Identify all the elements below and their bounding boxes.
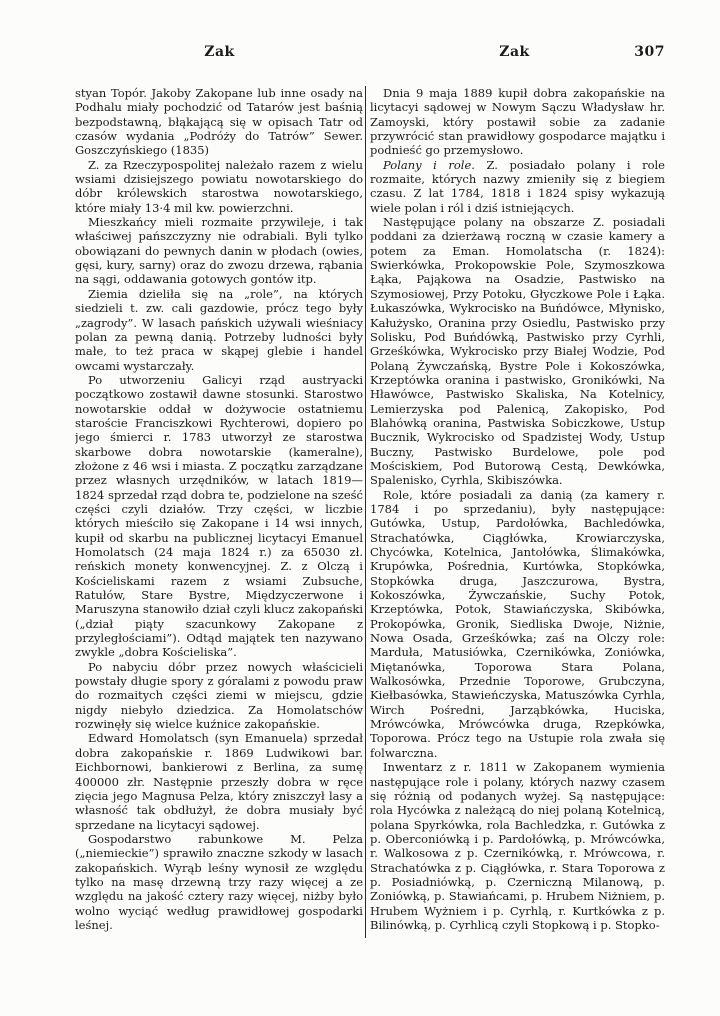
paragraph: Gospodarstwo rabunkowe M. Pelza („niemie… — [75, 832, 363, 932]
paragraph: Role, które posiadali za danią (za kamer… — [370, 488, 665, 761]
left-column: styan Topór. Jakoby Zakopane lub inne os… — [75, 86, 363, 938]
paragraph: Następujące polany na obszarze Z. posiad… — [370, 215, 665, 488]
right-column: Dnia 9 maja 1889 kupił dobra zakopańskie… — [370, 86, 665, 938]
text-columns: styan Topór. Jakoby Zakopane lub inne os… — [75, 86, 665, 938]
column-divider-rule — [365, 86, 366, 938]
paragraph: Po nabyciu dóbr przez nowych właścicieli… — [75, 660, 363, 732]
paragraph: Ziemia dzieliła się na „role”, na któryc… — [75, 287, 363, 373]
paragraph: styan Topór. Jakoby Zakopane lub inne os… — [75, 86, 363, 158]
running-header: Zak Zak 307 — [75, 44, 665, 60]
running-head-left: Zak — [204, 44, 235, 60]
paragraph: Dnia 9 maja 1889 kupił dobra zakopańskie… — [370, 86, 665, 158]
paragraph: Polany i role. Z. posiadało polany i rol… — [370, 158, 665, 215]
page-number: 307 — [634, 44, 665, 60]
paragraph: Po utworzeniu Galicyi rząd austryacki po… — [75, 373, 363, 660]
paragraph: Mieszkańcy mieli rozmaite przywileje, i … — [75, 215, 363, 287]
paragraph: Edward Homolatsch (syn Emanuela) sprzeda… — [75, 731, 363, 831]
paragraph: Z. za Rzeczypospolitej należało razem z … — [75, 158, 363, 215]
running-head-right: Zak — [499, 44, 530, 60]
paragraph: Inwentarz z r. 1811 w Zakopanem wymienia… — [370, 760, 665, 932]
scanned-book-page: Zak Zak 307 styan Topór. Jakoby Zakopane… — [0, 0, 720, 1016]
paragraph-lead-italic: Polany i role. — [383, 158, 475, 172]
